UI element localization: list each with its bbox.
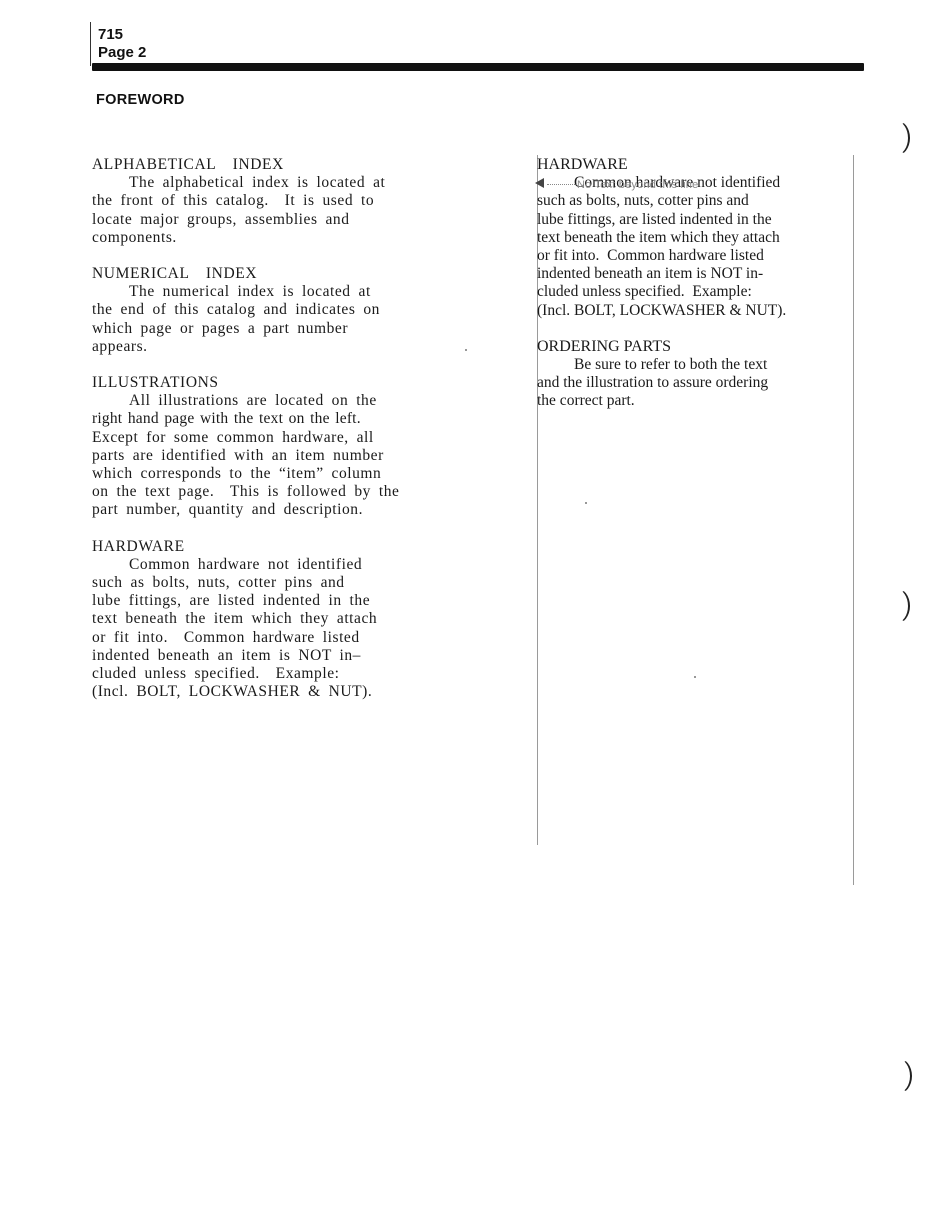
section-heading: HARDWARE [92,538,452,556]
text-line: which corresponds to the “item” column [92,465,452,483]
section-heading: HARDWARE [537,156,837,174]
section-hardware: HARDWARE Common hardware not identified … [92,538,452,702]
text-line: or fit into. Common hardware listed [537,247,837,265]
section-alphabetical-index: ALPHABETICAL INDEX The alphabetical inde… [92,156,452,247]
dotted-guide-line [547,184,577,185]
section-heading: ILLUSTRATIONS [92,374,452,392]
text-line: parts are identified with an item number [92,447,452,465]
section-hardware-right: HARDWARE No Text beyond this line Common… [537,156,837,320]
text-line: locate major groups, assemblies and [92,211,452,229]
left-column: ALPHABETICAL INDEX The alphabetical inde… [92,156,452,719]
catalog-number: 715 [98,26,123,43]
text-line: the correct part. [537,392,837,410]
section-heading: ALPHABETICAL INDEX [92,156,452,174]
page-header: 715 Page 2 [90,22,251,66]
page-title: FOREWORD [96,92,185,108]
text-line: such as bolts, nuts, cotter pins and [92,574,452,592]
text-line: lube fittings, are listed indented in th… [537,211,837,229]
text-line: indented beneath an item is NOT in– [92,647,452,665]
text-line: The alphabetical index is located at [92,174,452,192]
page-number: Page 2 [98,44,146,61]
right-column: HARDWARE No Text beyond this line Common… [537,156,837,429]
binding-hole-mark-icon [882,120,910,156]
header-rule [92,63,864,71]
binding-hole-mark-icon [884,1058,912,1094]
column-rule-right [853,155,854,885]
text-line: such as bolts, nuts, cotter pins and [537,192,837,210]
text-line: All illustrations are located on the [92,392,452,410]
text-line: appears. [92,338,452,356]
overprint-text: No Text beyond this line [577,176,698,194]
section-heading: NUMERICAL INDEX [92,265,452,283]
section-heading: ORDERING PARTS [537,338,837,356]
text-line: text beneath the item which they attach [92,610,452,628]
text-line: which page or pages a part number [92,320,452,338]
text-line: the end of this catalog and indicates on [92,301,452,319]
text-line: indented beneath an item is NOT in- [537,265,837,283]
text-line: Common hardware not identified [92,556,452,574]
section-numerical-index: NUMERICAL INDEX The numerical index is l… [92,265,452,356]
text-line: Except for some common hardware, all [92,429,452,447]
section-illustrations: ILLUSTRATIONS All illustrations are loca… [92,374,452,520]
text-line: (Incl. BOLT, LOCKWASHER & NUT). [92,683,452,701]
text-line: or fit into. Common hardware listed [92,629,452,647]
binding-hole-mark-icon [882,588,910,624]
text-line: on the text page. This is followed by th… [92,483,452,501]
text-line: (Incl. BOLT, LOCKWASHER & NUT). [537,302,837,320]
text-line: the front of this catalog. It is used to [92,192,452,210]
scan-speck [585,502,587,504]
text-line: lube fittings, are listed indented in th… [92,592,452,610]
first-line-wrap: No Text beyond this line Common hardware… [537,174,837,192]
text-line: cluded unless specified. Example: [92,665,452,683]
text-line: components. [92,229,452,247]
scan-speck [694,676,696,678]
text-line: Be sure to refer to both the text [537,356,837,374]
text-line: text beneath the item which they attach [537,229,837,247]
section-ordering-parts: ORDERING PARTS Be sure to refer to both … [537,338,837,411]
text-line: right hand page with the text on the lef… [92,410,452,428]
text-line: part number, quantity and description. [92,501,452,519]
text-line: The numerical index is located at [92,283,452,301]
scan-speck [465,349,467,351]
text-line: cluded unless specified. Example: [537,283,837,301]
triangle-marker-icon [535,178,544,188]
text-line: and the illustration to assure ordering [537,374,837,392]
